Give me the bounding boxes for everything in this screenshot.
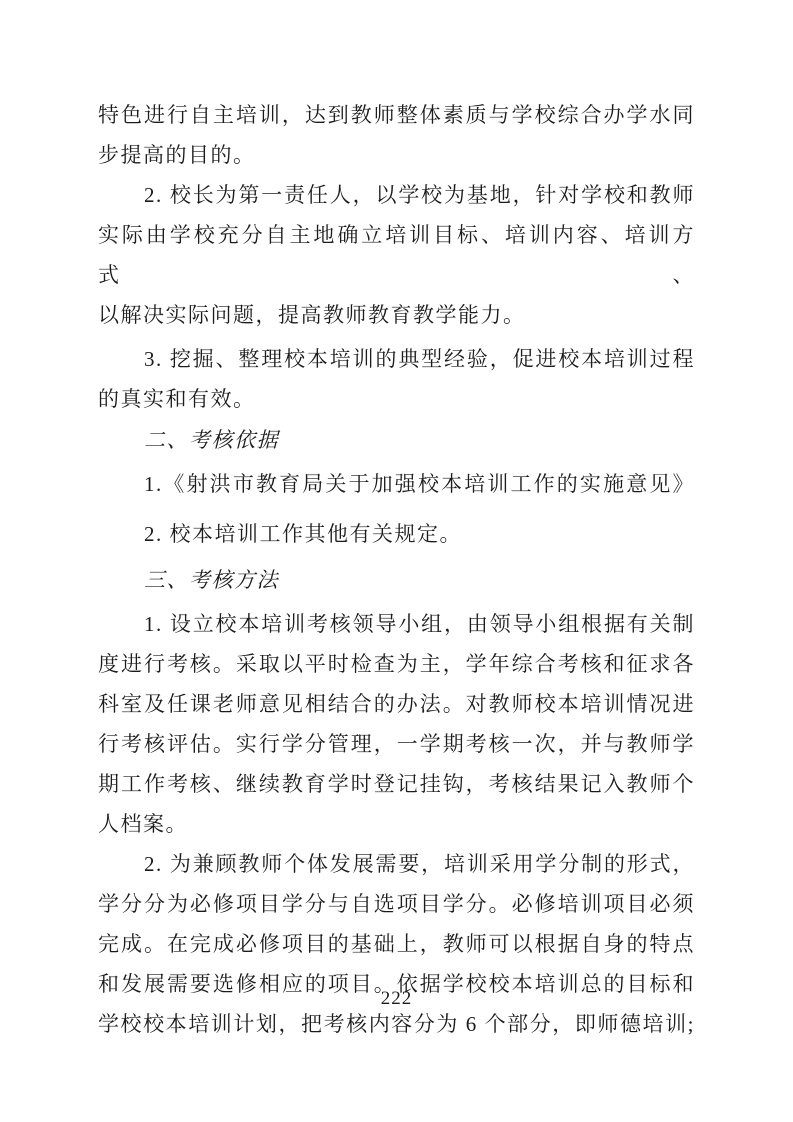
text-line: 2. 校长为第一责任人，以学校为基地，针对学校和教师 <box>98 175 695 215</box>
paragraph: 2. 为兼顾教师个体发展需要，培训采用学分制的形式， 学分分为必修项目学分与自选… <box>98 844 695 1044</box>
paragraph: 1. 设立校本培训考核领导小组，由领导小组根据有关制 度进行考核。采取以平时检查… <box>98 604 695 844</box>
document-page: 特色进行自主培训，达到教师整体素质与学校综合办学水同 步提高的目的。 2. 校长… <box>0 0 793 1122</box>
paragraph: 特色进行自主培训，达到教师整体素质与学校综合办学水同 步提高的目的。 <box>98 95 695 175</box>
text-line: 2. 为兼顾教师个体发展需要，培训采用学分制的形式， <box>98 844 695 884</box>
section-heading: 二、考核依据 <box>98 420 695 460</box>
page-number: 222 <box>0 988 793 1010</box>
text-line: 完成。在完成必修项目的基础上，教师可以根据自身的特点 <box>98 924 695 964</box>
heading-text: 二、考核依据 <box>98 420 695 460</box>
text-line: 3. 挖掘、整理校本培训的典型经验，促进校本培训过程 <box>98 339 695 379</box>
text-line: 以解决实际问题，提高教师教育教学能力。 <box>98 295 695 335</box>
text-line: 特色进行自主培训，达到教师整体素质与学校综合办学水同 <box>98 95 695 135</box>
heading-text: 三、考核方法 <box>98 560 695 600</box>
text-line: 科室及任课老师意见相结合的办法。对教师校本培训情况进 <box>98 684 695 724</box>
document-body: 特色进行自主培训，达到教师整体素质与学校综合办学水同 步提高的目的。 2. 校长… <box>98 95 695 1044</box>
text-line: 的真实和有效。 <box>98 379 695 419</box>
paragraph: 2. 校长为第一责任人，以学校为基地，针对学校和教师 实际由学校充分自主地确立培… <box>98 175 695 335</box>
text-line: 步提高的目的。 <box>98 135 695 175</box>
text-line: 实际由学校充分自主地确立培训目标、培训内容、培训方式、 <box>98 215 695 295</box>
text-line: 学分分为必修项目学分与自选项目学分。必修培训项目必须 <box>98 884 695 924</box>
section-heading: 三、考核方法 <box>98 560 695 600</box>
text-line: 1. 设立校本培训考核领导小组，由领导小组根据有关制 <box>98 604 695 644</box>
paragraph: 2. 校本培训工作其他有关规定。 <box>98 514 695 554</box>
text-line: 行考核评估。实行学分管理，一学期考核一次，并与教师学 <box>98 724 695 764</box>
paragraph: 3. 挖掘、整理校本培训的典型经验，促进校本培训过程 的真实和有效。 <box>98 339 695 419</box>
text-line: 度进行考核。采取以平时检查为主，学年综合考核和征求各 <box>98 644 695 684</box>
text-line: 2. 校本培训工作其他有关规定。 <box>98 514 695 554</box>
paragraph: 1.《射洪市教育局关于加强校本培训工作的实施意见》 <box>98 464 695 504</box>
text-line: 1.《射洪市教育局关于加强校本培训工作的实施意见》 <box>98 464 695 504</box>
text-line: 期工作考核、继续教育学时登记挂钩，考核结果记入教师个 <box>98 764 695 804</box>
text-line: 人档案。 <box>98 804 695 844</box>
text-line: 学校校本培训计划，把考核内容分为 6 个部分，即师德培训; <box>98 1004 695 1044</box>
